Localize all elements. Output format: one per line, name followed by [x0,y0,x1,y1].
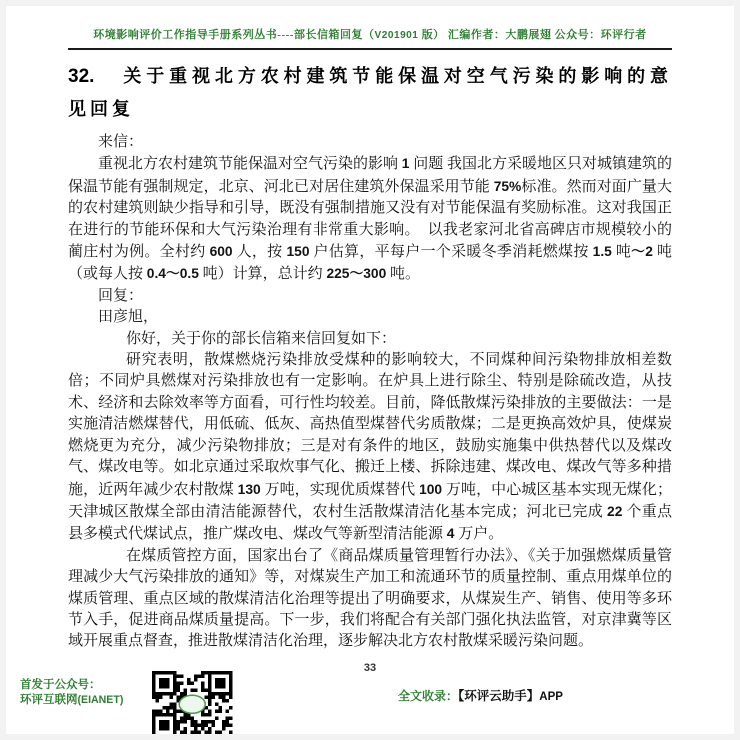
footer-right: 全文收录：【环评云助手】APP [398,686,563,704]
footer-publisher-line2: 环评互联网(EIANET) [20,693,123,708]
title-text: 关于重视北方农村建筑节能保温对空气污染的影响的意见回复 [68,66,672,119]
paragraph: 重视北方农村建筑节能保温对空气污染的影响 1 问题 我国北方采暖地区只对城镇建筑… [68,153,672,285]
paragraph: 回复： [68,286,672,307]
header-divider [68,48,672,50]
paragraph: 你好，关于你的部长信箱来信回复如下： [68,329,672,350]
document-body: 来信：重视北方农村建筑节能保温对空气污染的影响 1 问题 我国北方采暖地区只对城… [68,132,672,653]
footer-left-publisher: 首发于公众号： 环评互联网(EIANET) [20,678,123,708]
qr-code-icon [152,671,234,734]
paragraph: 研究表明，散煤燃烧污染排放受煤种的影响较大，不同煤种间污染物排放相差数倍；不同炉… [68,350,672,546]
paragraph: 来信： [68,132,672,153]
fulltext-label: 全文收录： [398,689,458,703]
document-page: 环境影响评价工作指导手册系列丛书----部长信箱回复（V201901 版） 汇编… [6,6,734,734]
page-title: 32.关于重视北方农村建筑节能保温对空气污染的影响的意见回复 [68,60,672,126]
title-number: 32. [68,66,94,87]
paragraph: 在煤质管控方面，国家出台了《商品煤质量管理暂行办法》、《关于加强燃煤质量管理减少… [68,546,672,653]
page-header-text: 环境影响评价工作指导手册系列丛书----部长信箱回复（V201901 版） 汇编… [68,28,672,43]
page-number: 33 [6,662,734,674]
app-name: 【环评云助手】APP [458,689,563,703]
paragraph: 田彦旭， [68,307,672,328]
footer-publisher-line1: 首发于公众号： [20,678,123,693]
